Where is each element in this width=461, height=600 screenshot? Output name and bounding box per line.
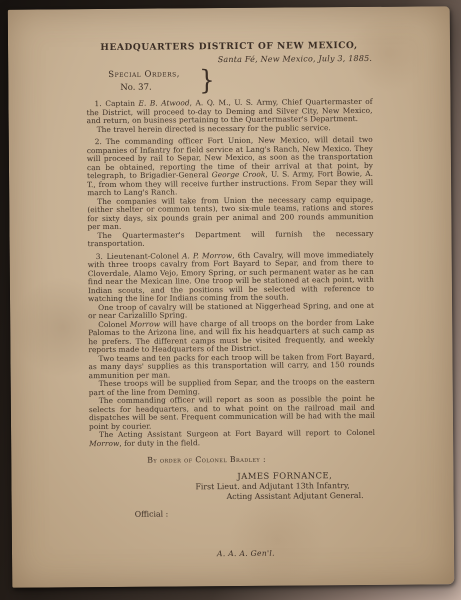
order-paragraph: 1. Captain E. B. Atwood, A. Q. M., U. S.… bbox=[86, 98, 372, 126]
order-paragraph: The Acting Assistant Surgeon at Fort Bay… bbox=[89, 429, 375, 448]
signature-title-2: Acting Assistant Adjutant General. bbox=[227, 491, 376, 501]
special-orders-label: Special Orders, bbox=[108, 69, 180, 80]
order-paragraph: Two teams and ten packs for each troop w… bbox=[88, 352, 374, 380]
order-paragraph: The commanding officer will report as so… bbox=[89, 395, 375, 431]
special-orders-block: Special Orders, No. 37. } bbox=[86, 68, 372, 96]
brace-glyph: } bbox=[199, 65, 215, 96]
order-paragraph: 3. Lieutenant-Colonel A. P. Morrow, 6th … bbox=[88, 250, 374, 303]
photo-backdrop: { "colors":{ "backdrop_dark":"#171310", … bbox=[0, 0, 461, 600]
order-paragraph: 2. The commanding officer Fort Union, Ne… bbox=[87, 136, 373, 198]
aaag-line: A. A. A. Gen'l. bbox=[217, 548, 376, 558]
order-paragraph: The travel herein directed is necessary … bbox=[87, 123, 373, 134]
document-content: HEADQUARTERS DISTRICT OF NEW MEXICO, San… bbox=[8, 6, 454, 559]
official-label: Official : bbox=[135, 508, 376, 519]
order-dateline: Santa Fé, New Mexico, July 3, 1885. bbox=[86, 54, 372, 65]
signature-name: JAMES FORNANCE, bbox=[237, 470, 375, 481]
order-body: 1. Captain E. B. Atwood, A. Q. M., U. S.… bbox=[86, 98, 375, 448]
order-header: HEADQUARTERS DISTRICT OF NEW MEXICO, bbox=[86, 41, 372, 53]
order-paragraph: The Quartermaster's Department will furn… bbox=[87, 229, 373, 248]
paper-document: HEADQUARTERS DISTRICT OF NEW MEXICO, San… bbox=[8, 6, 455, 587]
order-paragraph: Colonel Morrow will have charge of all t… bbox=[88, 318, 374, 354]
signature-by-order: By order of Colonel Bradley : bbox=[147, 454, 375, 465]
signature-block: By order of Colonel Bradley : JAMES FORN… bbox=[89, 454, 376, 559]
order-paragraph: The companies will take from Union the n… bbox=[87, 195, 373, 231]
signature-title: First Lieut. and Adjutant 13th Infantry, bbox=[195, 481, 375, 491]
order-number: No. 37. bbox=[120, 83, 151, 93]
